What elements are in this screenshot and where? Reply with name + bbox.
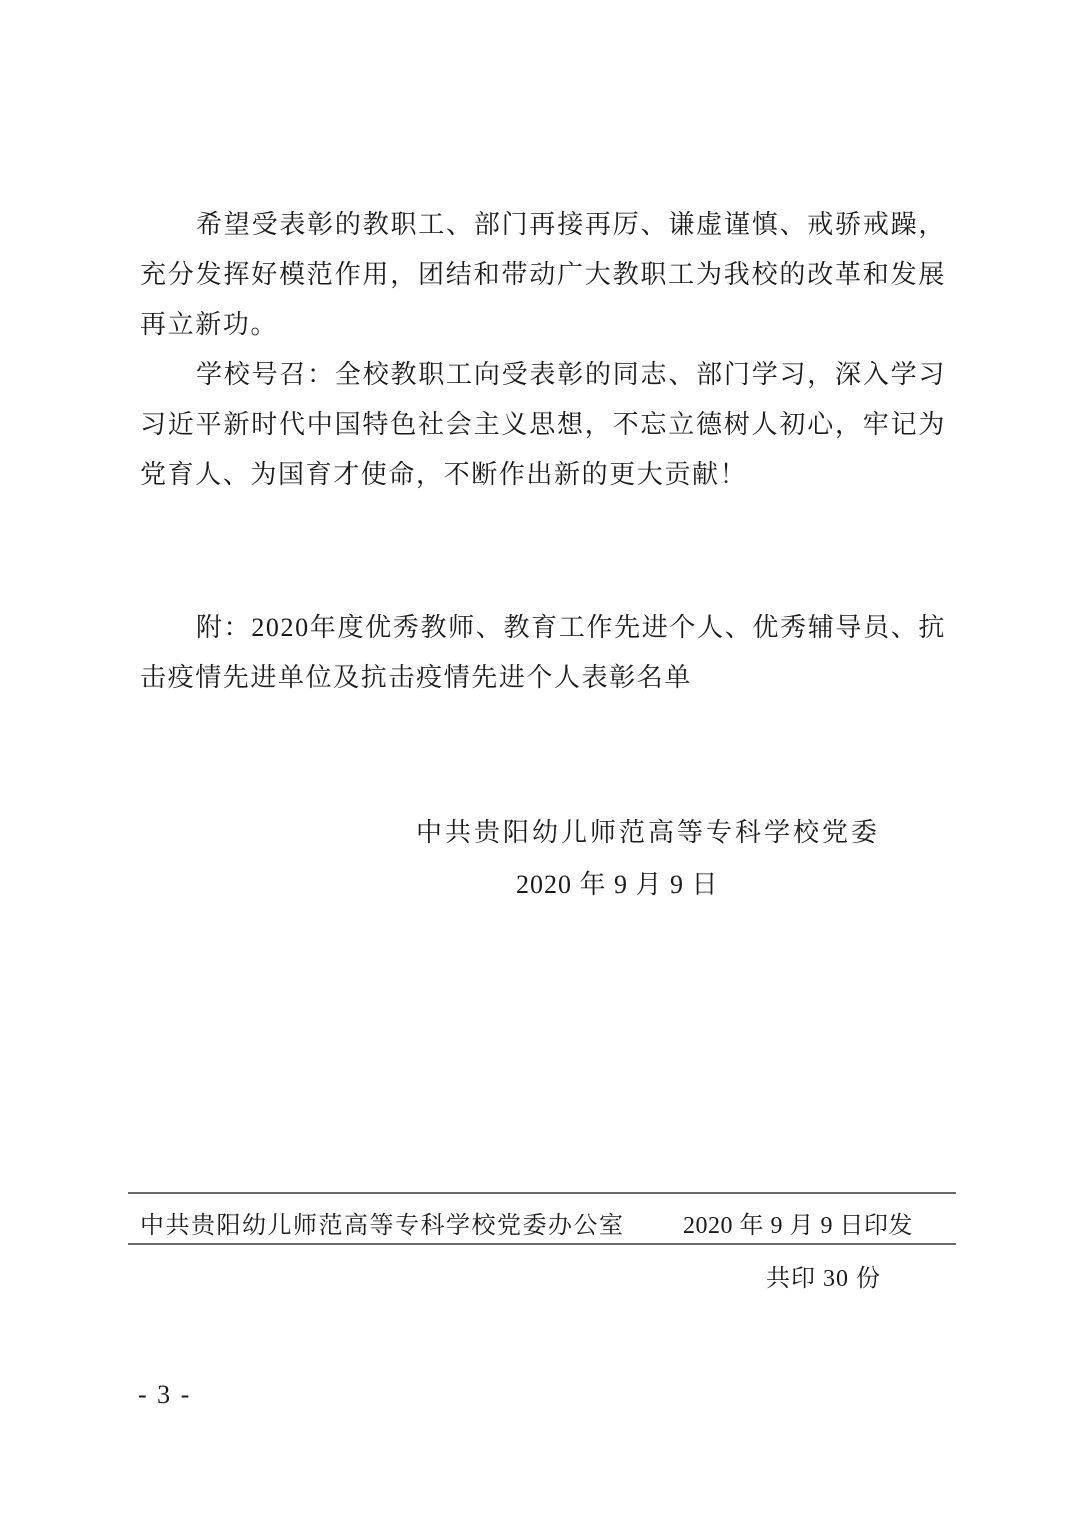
footer-issuer: 中共贵阳幼儿师范高等专科学校党委办公室 xyxy=(140,1205,625,1240)
footer-issued-date: 2020 年 9 月 9 日印发 xyxy=(683,1205,913,1240)
page-number: - 3 - xyxy=(138,1380,191,1410)
footer-rule-bottom xyxy=(128,1243,956,1245)
signature-organization: 中共贵阳幼儿师范高等专科学校党委 xyxy=(416,812,880,849)
paragraph-attachment-note: 附：2020年度优秀教师、教育工作先进个人、优秀辅导员、抗击疫情先进单位及抗击疫… xyxy=(140,603,946,703)
print-copies: 共印 30 份 xyxy=(766,1258,881,1293)
paragraph-encouragement: 希望受表彰的教职工、部门再接再厉、谦虚谨慎、戒骄戒躁，充分发挥好模范作用，团结和… xyxy=(140,200,946,350)
signature-date: 2020 年 9 月 9 日 xyxy=(516,864,719,901)
document-page: 希望受表彰的教职工、部门再接再厉、谦虚谨慎、戒骄戒躁，充分发挥好模范作用，团结和… xyxy=(0,0,1080,1527)
paragraph-school-call: 学校号召：全校教职工向受表彰的同志、部门学习，深入学习习近平新时代中国特色社会主… xyxy=(140,350,946,500)
footer-rule-top xyxy=(128,1192,956,1194)
